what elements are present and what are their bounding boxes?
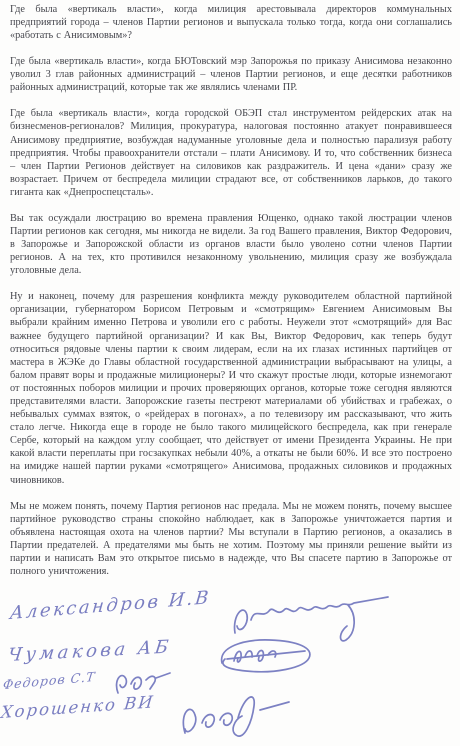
letter-body: Где была «вертикаль власти», когда милиц… [10, 3, 452, 591]
letter-page: Где была «вертикаль власти», когда милиц… [0, 0, 460, 746]
letter-paragraph-3: Где была «вертикаль власти», когда город… [10, 107, 452, 199]
letter-paragraph-1: Где была «вертикаль власти», когда милиц… [10, 3, 452, 42]
signature-name-3: Федоров С.Т [2, 669, 96, 692]
signature-name-1: Александров И.В [9, 587, 212, 624]
signature-name-4: Хорошенко ВИ [0, 692, 156, 722]
signatures-block: Александров И.В Чумакова АБ Федоров С.Т … [0, 593, 460, 746]
letter-paragraph-2: Где была «вертикаль власти», когда БЮТов… [10, 55, 452, 94]
signature-name-2: Чумакова АБ [7, 636, 173, 666]
letter-paragraph-6: Мы не можем понять, почему Партия регион… [10, 500, 452, 579]
signature-flourish-4 [176, 689, 294, 746]
signature-flourish-2 [212, 635, 317, 677]
letter-paragraph-4: Вы так осуждали люстрацию во времена пра… [10, 212, 452, 277]
letter-paragraph-5: Ну и наконец, почему для разрешения конф… [10, 290, 452, 486]
